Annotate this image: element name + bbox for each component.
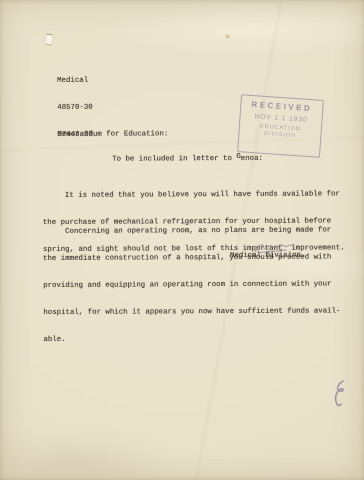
paragraph-line: able. xyxy=(43,334,340,345)
paragraph-2: Concerning an operating room, as no plan… xyxy=(43,208,341,363)
scanned-memo-page: Medical 48570-30 57443-30 Memorandum for… xyxy=(0,0,364,480)
pencil-margin-mark xyxy=(330,378,348,417)
paragraph-line: hospital, for which it appears you now h… xyxy=(43,307,340,318)
typed-content: Medical 48570-30 57443-30 Memorandum for… xyxy=(0,0,364,480)
subject-raised-letter: G xyxy=(236,153,240,161)
received-stamp: RECEIVED NOV 1 1 1930 EDUCATION DIVISION xyxy=(237,94,324,158)
reference-block: Medical 48570-30 57443-30 xyxy=(57,59,93,158)
subject-text: To be included in letter to xyxy=(112,155,236,164)
memo-heading: Memorandum for Education: xyxy=(57,130,168,140)
subject-text-rest: enoa: xyxy=(241,155,263,163)
stamp-received-label: RECEIVED xyxy=(241,99,322,114)
paragraph-line: Concerning an operating room, as no plan… xyxy=(43,226,340,237)
paragraph-line: providing and equipping an operating roo… xyxy=(43,280,340,291)
closing-title: Medical Division. xyxy=(230,252,305,261)
paragraph-line: It is noted that you believe you will ha… xyxy=(43,190,345,201)
reference-line: 48570-30 xyxy=(57,104,93,113)
reference-line: Medical xyxy=(57,77,93,86)
